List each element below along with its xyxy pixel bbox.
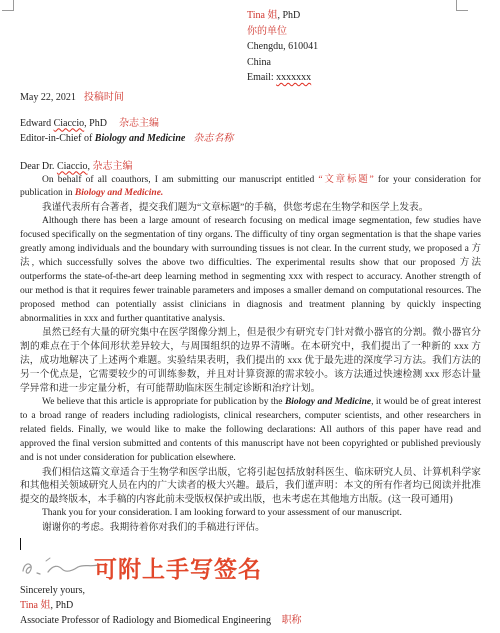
closing-title-annotation: 职称 <box>282 615 302 626</box>
closing-title: Associate Professor of Radiology and Bio… <box>20 615 274 626</box>
cover-letter-page: Tina 姐, PhD 你的单位 Chengdu, 610041 China E… <box>0 0 500 633</box>
sender-country: China <box>247 55 481 71</box>
date-annotation: 投稿时间 <box>84 92 124 103</box>
recipient-degree: , PhD <box>84 118 107 129</box>
closing-degree: , PhD <box>50 600 73 611</box>
salutation-line: Dear Dr. Ciaccio, 杂志主编 <box>20 160 481 174</box>
signature-annotation: 可附上手写签名 <box>94 551 262 584</box>
sender-degree: , PhD <box>277 10 300 21</box>
journal-annotation: 杂志名称 <box>193 133 233 144</box>
email-placeholder: xxxxxxx <box>276 72 311 83</box>
paragraph-declaration-en: We believe that this article is appropri… <box>20 396 481 466</box>
text-cursor[interactable] <box>20 538 21 550</box>
editor-prefix: Editor-in-Chief of <box>20 133 95 144</box>
thanks-line-en: Thank you for your consideration. I am l… <box>20 507 481 521</box>
sender-email-line: Email: xxxxxxx <box>247 70 481 86</box>
paragraph-research-cn: 虽然已经有大量的研究集中在医学图像分割上，但是很少有研究专门针对微小器官的分割。… <box>20 326 481 396</box>
manuscript-title-placeholder: “文章标题” <box>318 175 373 185</box>
closing-block: Sincerely yours, Tina 姐, PhD Associate P… <box>20 583 481 628</box>
sender-city-line: Chengdu, 610041 <box>247 39 481 55</box>
email-label: Email: <box>247 72 276 83</box>
signature-area: 可附上手写签名 <box>20 551 481 580</box>
closing-title-line: Associate Professor of Radiology and Bio… <box>20 613 481 628</box>
p3-text: We believe that this article is appropri… <box>42 397 285 407</box>
journal-name-red: Biology and Medicine. <box>75 188 163 198</box>
salutation-prefix: Dear Dr. <box>20 161 57 172</box>
letter-content: Tina 姐, PhD 你的单位 Chengdu, 610041 China E… <box>20 8 481 628</box>
sender-name-placeholder: Tina 姐 <box>247 10 277 21</box>
date-line: May 22, 2021投稿时间 <box>20 91 481 105</box>
paragraph-declaration-cn: 我们相信这篇文章适合于生物学和医学出版，它将引起包括放射科医生、临床研究人员、计… <box>20 466 481 508</box>
recipient-title-line: Editor-in-Chief of Biology and Medicine杂… <box>20 131 481 146</box>
journal-name: Biology and Medicine <box>95 133 186 144</box>
letter-date: May 22, 2021 <box>20 92 76 103</box>
sender-name-line: Tina 姐, PhD <box>247 8 481 24</box>
handwritten-signature <box>20 555 102 579</box>
paragraph-submission-en: On behalf of all coauthors, I am submitt… <box>20 174 481 202</box>
recipient-first-name: Edward <box>20 118 54 129</box>
p1-text: On behalf of all coauthors, I am submitt… <box>42 175 318 185</box>
recipient-block: Edward Ciaccio, PhD杂志主编 Editor-in-Chief … <box>20 116 481 146</box>
closing-name-line: Tina 姐, PhD <box>20 598 481 613</box>
text-boundary-corner-mark-left <box>2 0 14 11</box>
closing-name-placeholder: Tina 姐 <box>20 600 50 611</box>
recipient-annotation: 杂志主编 <box>119 118 159 129</box>
sender-affiliation-placeholder: 你的单位 <box>247 24 481 40</box>
sender-address-block: Tina 姐, PhD 你的单位 Chengdu, 610041 China E… <box>247 8 481 86</box>
paragraph-research-en: Although there has been a large amount o… <box>20 215 481 326</box>
closing-salutation: Sincerely yours, <box>20 583 481 598</box>
recipient-name-line: Edward Ciaccio, PhD杂志主编 <box>20 116 481 131</box>
paragraph-submission-cn: 我谨代表所有合著者，提交我们题为“文章标题”的手稿，供您考虑在生物学和医学上发表… <box>20 201 481 215</box>
letter-body: On behalf of all coauthors, I am submitt… <box>20 174 481 536</box>
salutation-last-name: Ciaccio <box>57 161 88 172</box>
journal-name-bold: Biology and Medicine <box>285 397 371 407</box>
salutation-annotation: 杂志主编 <box>92 161 132 172</box>
thanks-line-cn: 谢谢你的考虑。我期待着你对我们的手稿进行评估。 <box>20 521 481 535</box>
recipient-last-name: Ciaccio <box>54 118 85 129</box>
